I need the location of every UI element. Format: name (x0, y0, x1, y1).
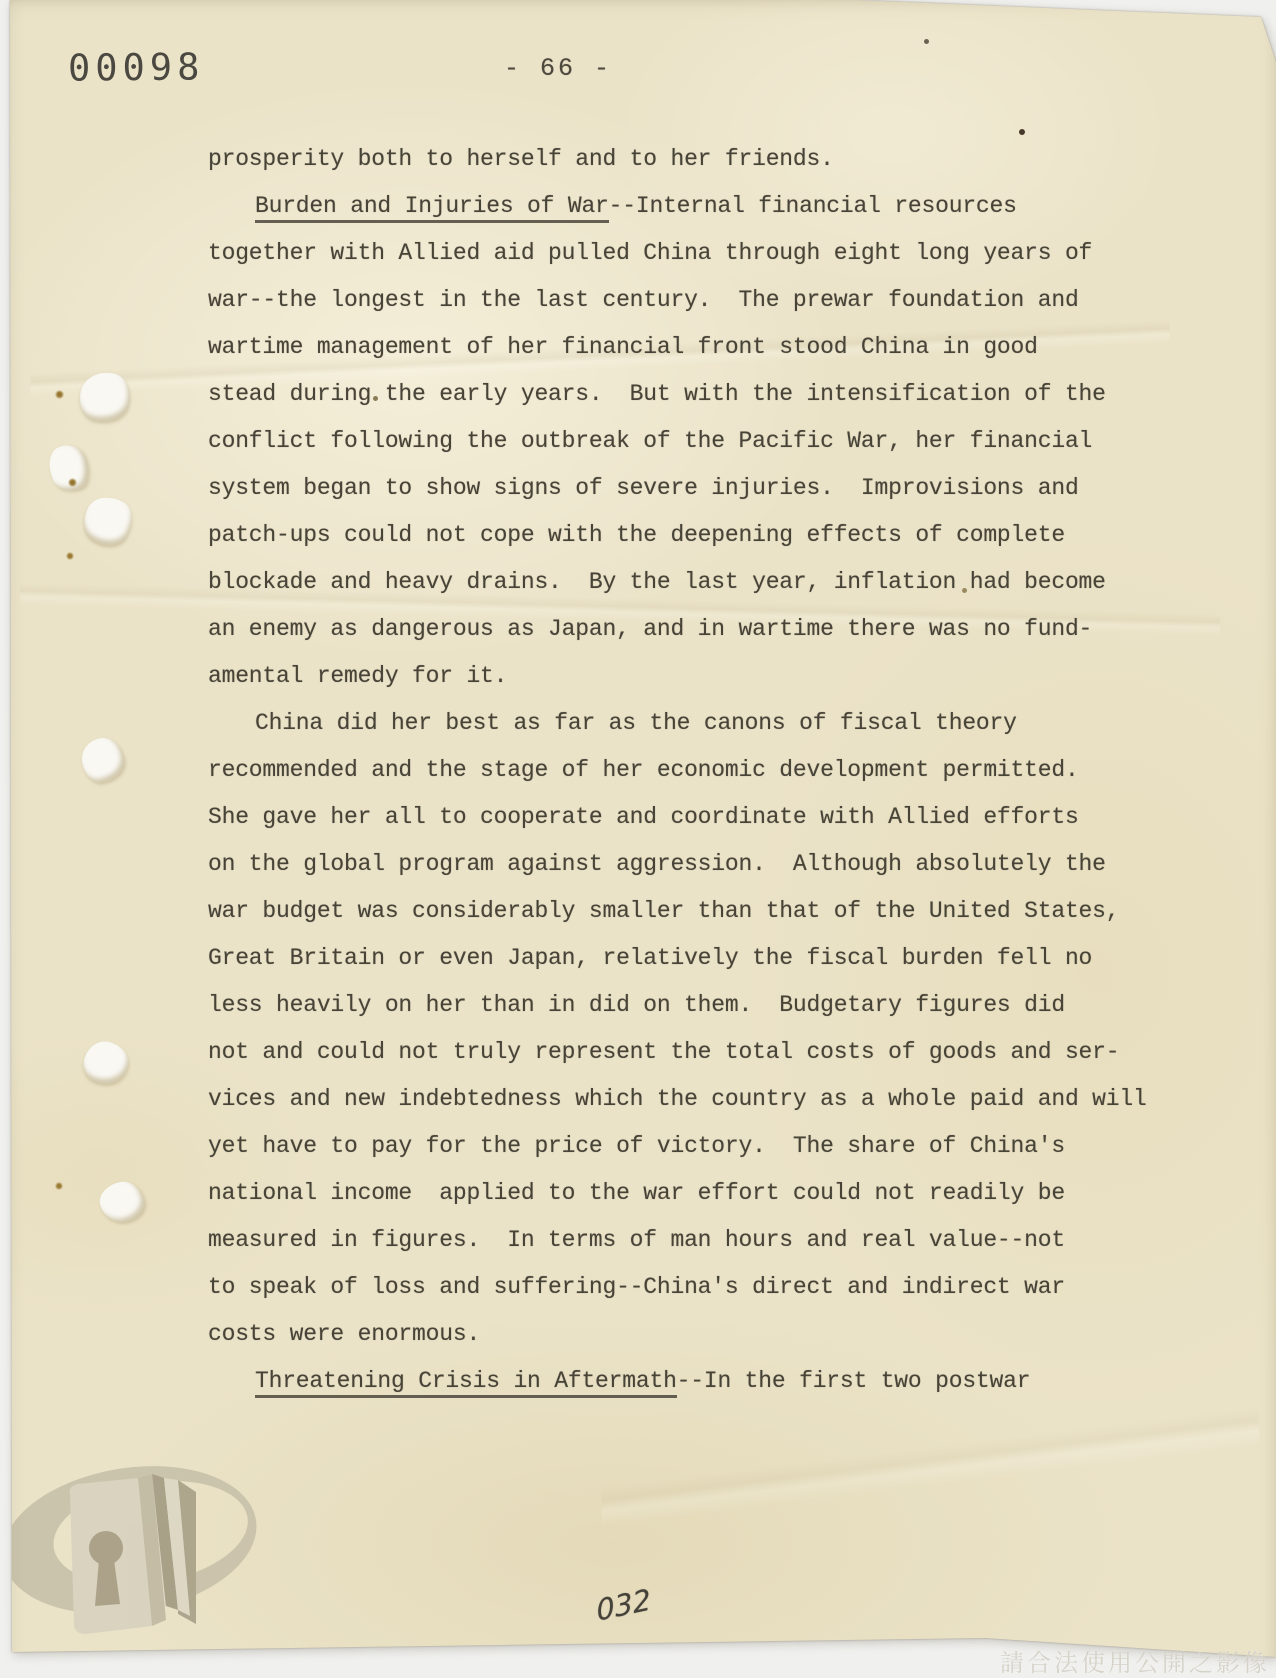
typed-text-segment: an enemy as dangerous as Japan, and in w… (208, 616, 1092, 642)
typed-text-segment: on the global program against aggression… (208, 851, 1106, 877)
section-heading: Burden and Injuries of War (255, 193, 609, 223)
typed-line: conflict following the outbreak of the P… (208, 418, 1193, 465)
typed-line: measured in figures. In terms of man hou… (208, 1217, 1193, 1264)
paper-tear (75, 488, 141, 554)
ink-speck (924, 39, 929, 44)
typed-text-segment: less heavily on her than in did on them.… (208, 992, 1065, 1018)
paper-tear (96, 1178, 147, 1226)
rust-stain (68, 478, 77, 487)
typed-line: war budget was considerably smaller than… (208, 888, 1193, 935)
typed-line: Threatening Crisis in Aftermath--In the … (208, 1358, 1193, 1405)
typed-text-segment: She gave her all to cooperate and coordi… (208, 804, 1079, 830)
ink-speck (962, 588, 967, 593)
paper-tear (75, 367, 136, 428)
typed-text-segment: --Internal financial resources (609, 193, 1017, 219)
typed-text-segment: costs were enormous. (208, 1321, 480, 1347)
typed-line: wartime management of her financial fron… (208, 324, 1193, 371)
section-heading: Threatening Crisis in Aftermath (255, 1368, 677, 1398)
typed-line: costs were enormous. (208, 1311, 1193, 1358)
typed-line: Burden and Injuries of War--Internal fin… (208, 183, 1193, 230)
typed-line: recommended and the stage of her economi… (208, 747, 1193, 794)
typed-line: not and could not truly represent the to… (208, 1029, 1193, 1076)
typed-text-segment: China did her best as far as the canons … (255, 710, 1017, 736)
typed-line: stead during the early years. But with t… (208, 371, 1193, 418)
typed-line: together with Allied aid pulled China th… (208, 230, 1193, 277)
paper-shadow-wrap: 00098 - 66 - prosperity both to herself … (0, 0, 1276, 1678)
typed-line: China did her best as far as the canons … (208, 700, 1193, 747)
typed-line: war--the longest in the last century. Th… (208, 277, 1193, 324)
paper-tear (44, 440, 94, 495)
typed-line: vices and new indebtedness which the cou… (208, 1076, 1193, 1123)
handwritten-folio-number: 032 (595, 1582, 653, 1628)
typed-line: She gave her all to cooperate and coordi… (208, 794, 1193, 841)
ink-speck (373, 396, 378, 401)
typed-text-segment: yet have to pay for the price of victory… (208, 1133, 1065, 1159)
rust-stain (55, 1182, 63, 1190)
archive-stamp-number: 00098 (68, 45, 205, 89)
typed-text-segment: wartime management of her financial fron… (208, 334, 1038, 360)
typed-text-segment: vices and new indebtedness which the cou… (208, 1086, 1147, 1112)
typed-line: an enemy as dangerous as Japan, and in w… (208, 606, 1193, 653)
typed-line: patch-ups could not cope with the deepen… (208, 512, 1193, 559)
ink-speck (1019, 129, 1025, 135)
typed-text-segment: stead during the early years. But with t… (208, 381, 1106, 407)
typed-text-segment: not and could not truly represent the to… (208, 1039, 1119, 1065)
typed-text-body: prosperity both to herself and to her fr… (208, 136, 1193, 1405)
typed-text-segment: patch-ups could not cope with the deepen… (208, 522, 1065, 548)
typed-line: yet have to pay for the price of victory… (208, 1123, 1193, 1170)
typed-text-segment: blockade and heavy drains. By the last y… (208, 569, 1106, 595)
typed-text-segment: --In the first two postwar (677, 1368, 1031, 1394)
typed-line: to speak of loss and suffering--China's … (208, 1264, 1193, 1311)
page-number: - 66 - (504, 54, 612, 83)
typed-text-segment: war budget was considerably smaller than… (208, 898, 1119, 924)
typed-line: amental remedy for it. (208, 653, 1193, 700)
typed-line: Great Britain or even Japan, relatively … (208, 935, 1193, 982)
typed-text-segment: system began to show signs of severe inj… (208, 475, 1079, 501)
typed-text-segment: Great Britain or even Japan, relatively … (208, 945, 1092, 971)
typed-line: national income applied to the war effor… (208, 1170, 1193, 1217)
archive-book-keyhole-logo-icon (0, 1428, 270, 1652)
paper-tear (79, 735, 127, 784)
typed-line: system began to show signs of severe inj… (208, 465, 1193, 512)
typed-text-segment: recommended and the stage of her economi… (208, 757, 1079, 783)
typed-text-segment: to speak of loss and suffering--China's … (208, 1274, 1065, 1300)
typed-line: on the global program against aggression… (208, 841, 1193, 888)
typed-text-segment: conflict following the outbreak of the P… (208, 428, 1092, 454)
scanned-page-background: 00098 - 66 - prosperity both to herself … (0, 0, 1276, 1678)
usage-watermark-text: 請合法使用公開之影像 (1000, 1643, 1270, 1678)
document-paper: 00098 - 66 - prosperity both to herself … (0, 0, 1276, 1678)
typed-text-segment: together with Allied aid pulled China th… (208, 240, 1092, 266)
rust-stain (55, 390, 64, 399)
typed-text-segment: war--the longest in the last century. Th… (208, 287, 1079, 313)
typed-text-segment: amental remedy for it. (208, 663, 507, 689)
typed-line: less heavily on her than in did on them.… (208, 982, 1193, 1029)
rust-stain (66, 552, 74, 560)
typed-text-segment: national income applied to the war effor… (208, 1180, 1065, 1206)
typed-line: blockade and heavy drains. By the last y… (208, 559, 1193, 606)
typed-text-segment: prosperity both to herself and to her fr… (208, 146, 834, 172)
typed-text-segment: measured in figures. In terms of man hou… (208, 1227, 1065, 1253)
typed-line: prosperity both to herself and to her fr… (208, 136, 1193, 183)
paper-tear (78, 1036, 134, 1091)
